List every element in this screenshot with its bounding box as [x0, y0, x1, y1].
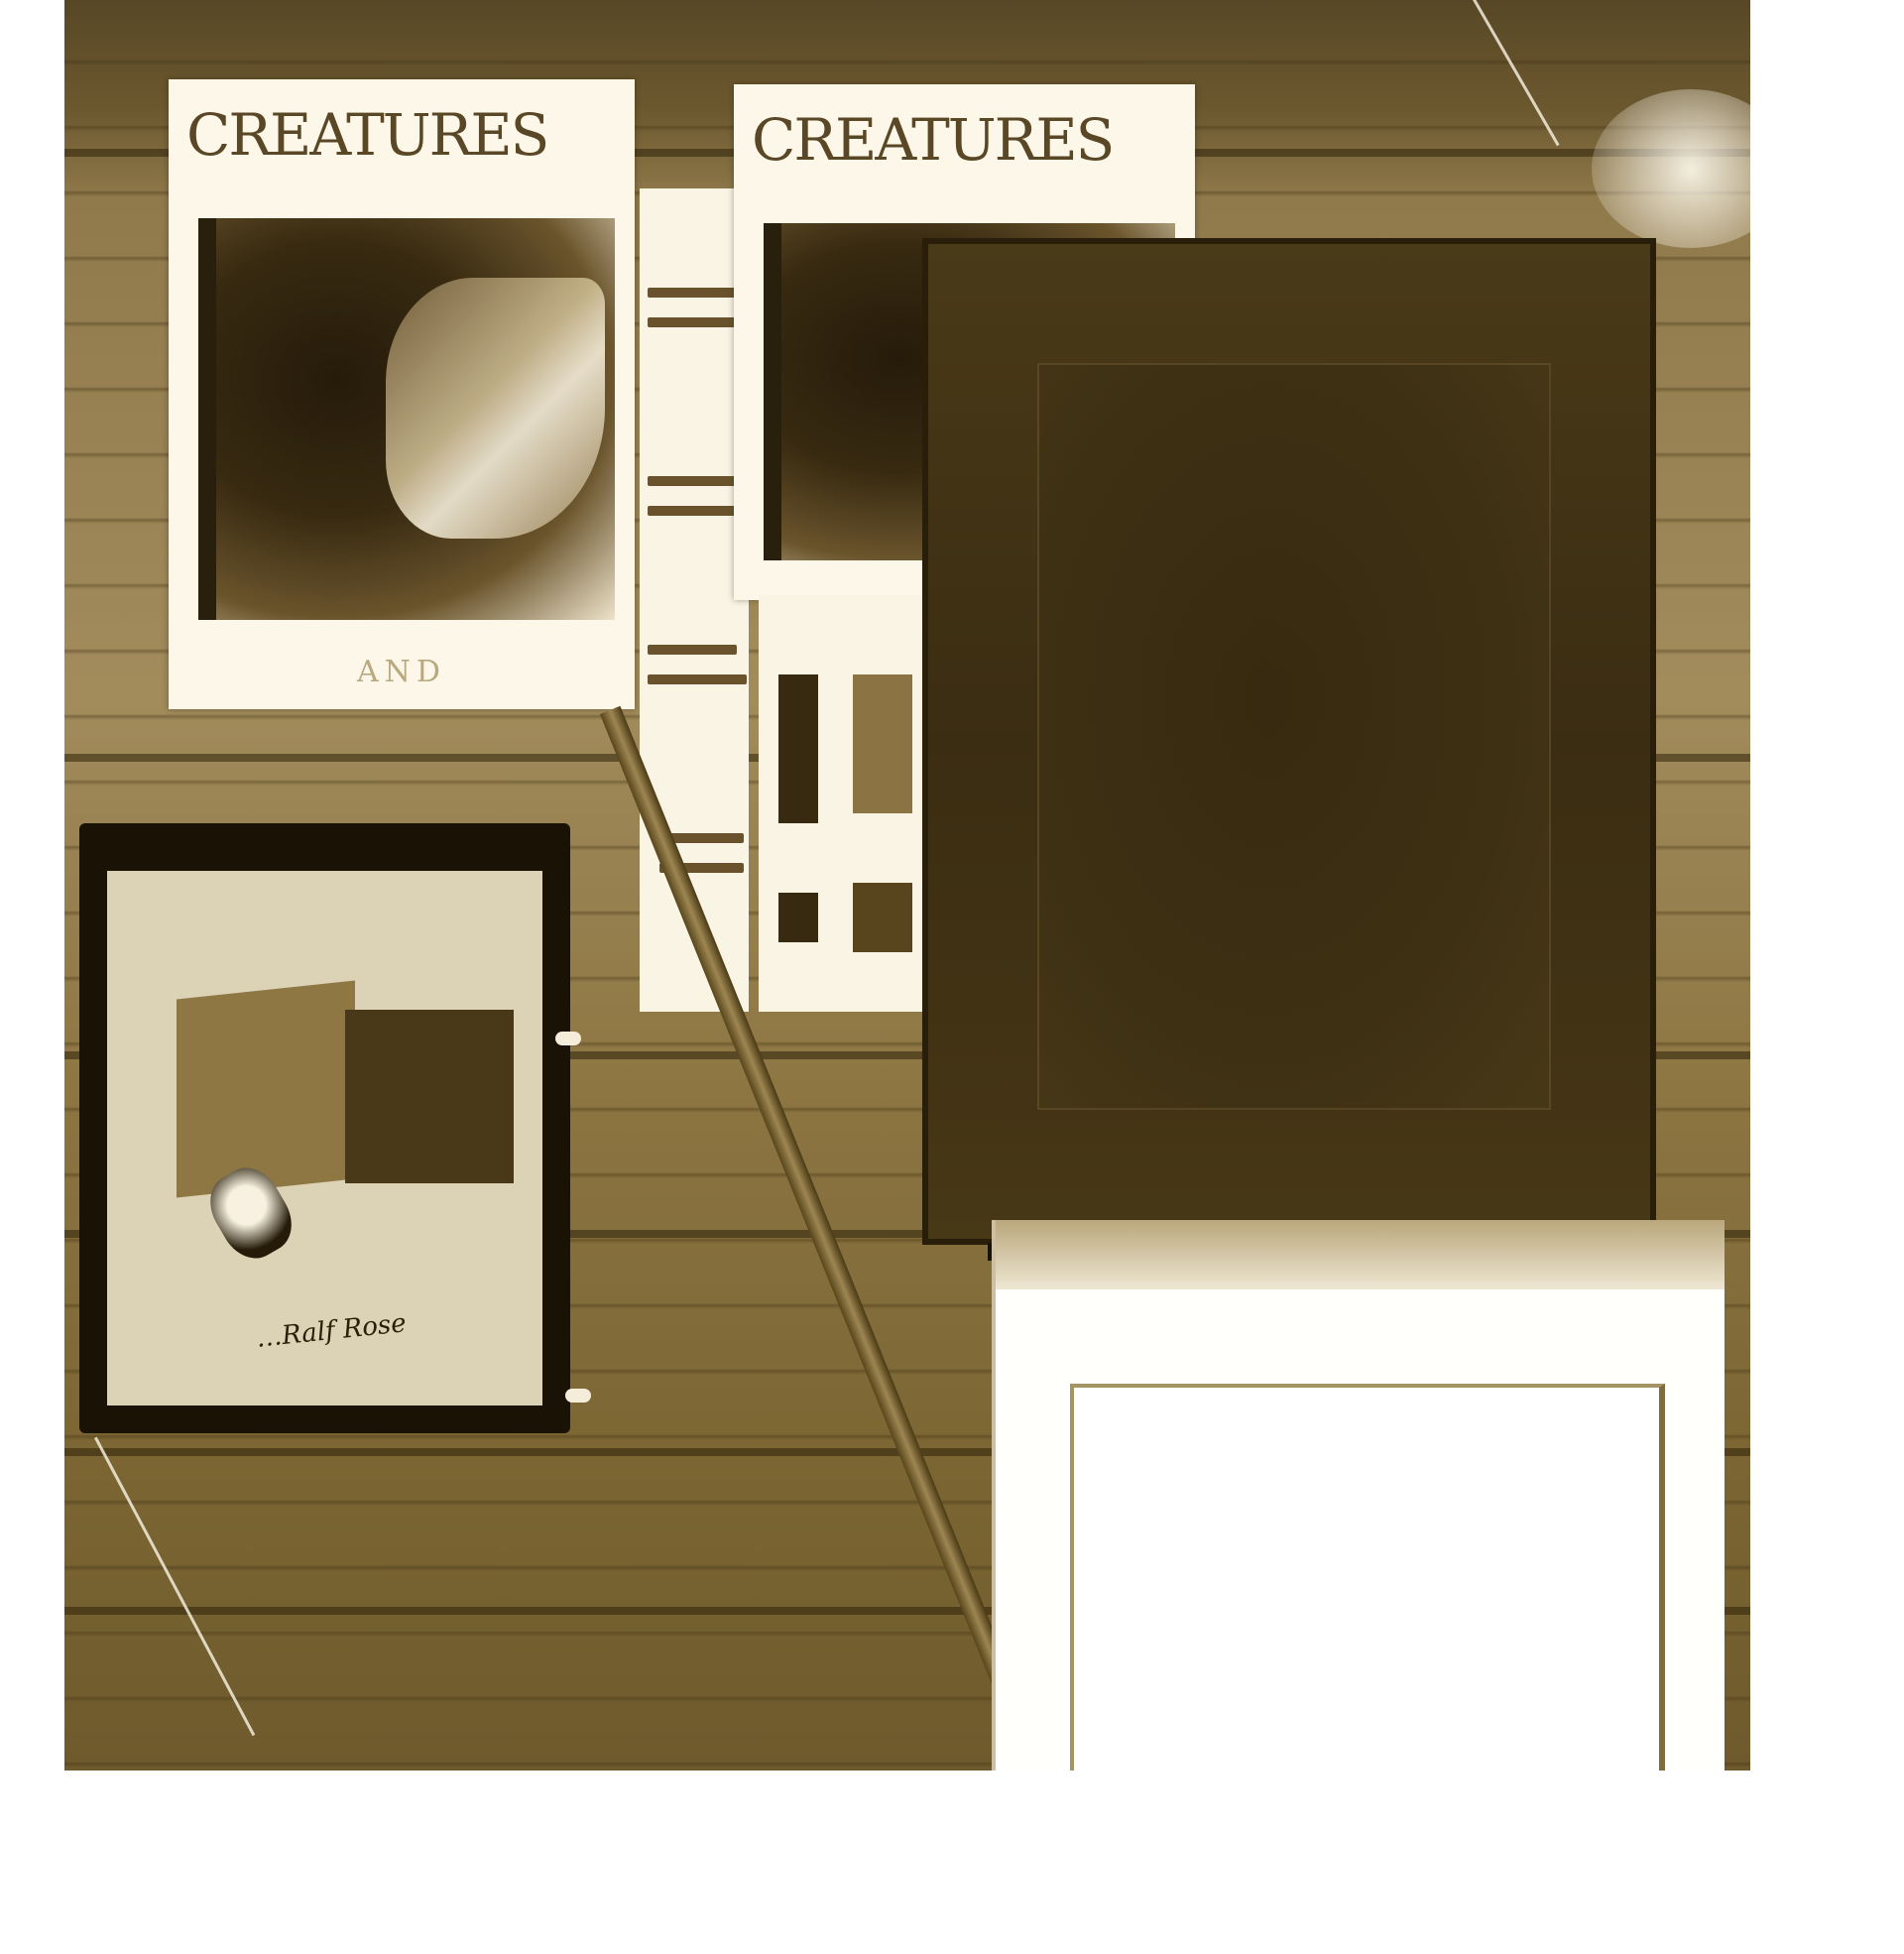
flyer-photos	[759, 595, 937, 1012]
white-pedestal	[992, 1220, 1725, 1771]
draped-cloth	[177, 981, 355, 1198]
pedestal-panel	[1070, 1384, 1665, 1771]
wall-peg	[565, 1389, 591, 1403]
film-scratch	[94, 1437, 255, 1737]
creature-illustration-icon	[198, 218, 615, 620]
pedestal-top	[996, 1220, 1725, 1289]
framed-painting-small: …Ralf Rose	[79, 823, 570, 1433]
poster-title: Creatures	[186, 101, 627, 169]
painting-canvas: …Ralf Rose	[107, 871, 542, 1405]
film-scratch	[1473, 0, 1560, 146]
poster-footer: AND	[169, 655, 635, 689]
light-glare	[1592, 89, 1750, 248]
artist-signature: …Ralf Rose	[255, 1308, 408, 1354]
framed-painting-large	[922, 238, 1656, 1245]
draped-cloth-dark	[345, 1010, 514, 1183]
poster-title: Creatures	[752, 106, 1187, 174]
photograph: Creatures AND Creatures …Ralf Rose	[64, 0, 1750, 1771]
dark-artwork	[1037, 363, 1551, 1110]
wall-peg	[555, 1032, 581, 1045]
creatures-poster-1: Creatures AND	[169, 79, 635, 709]
